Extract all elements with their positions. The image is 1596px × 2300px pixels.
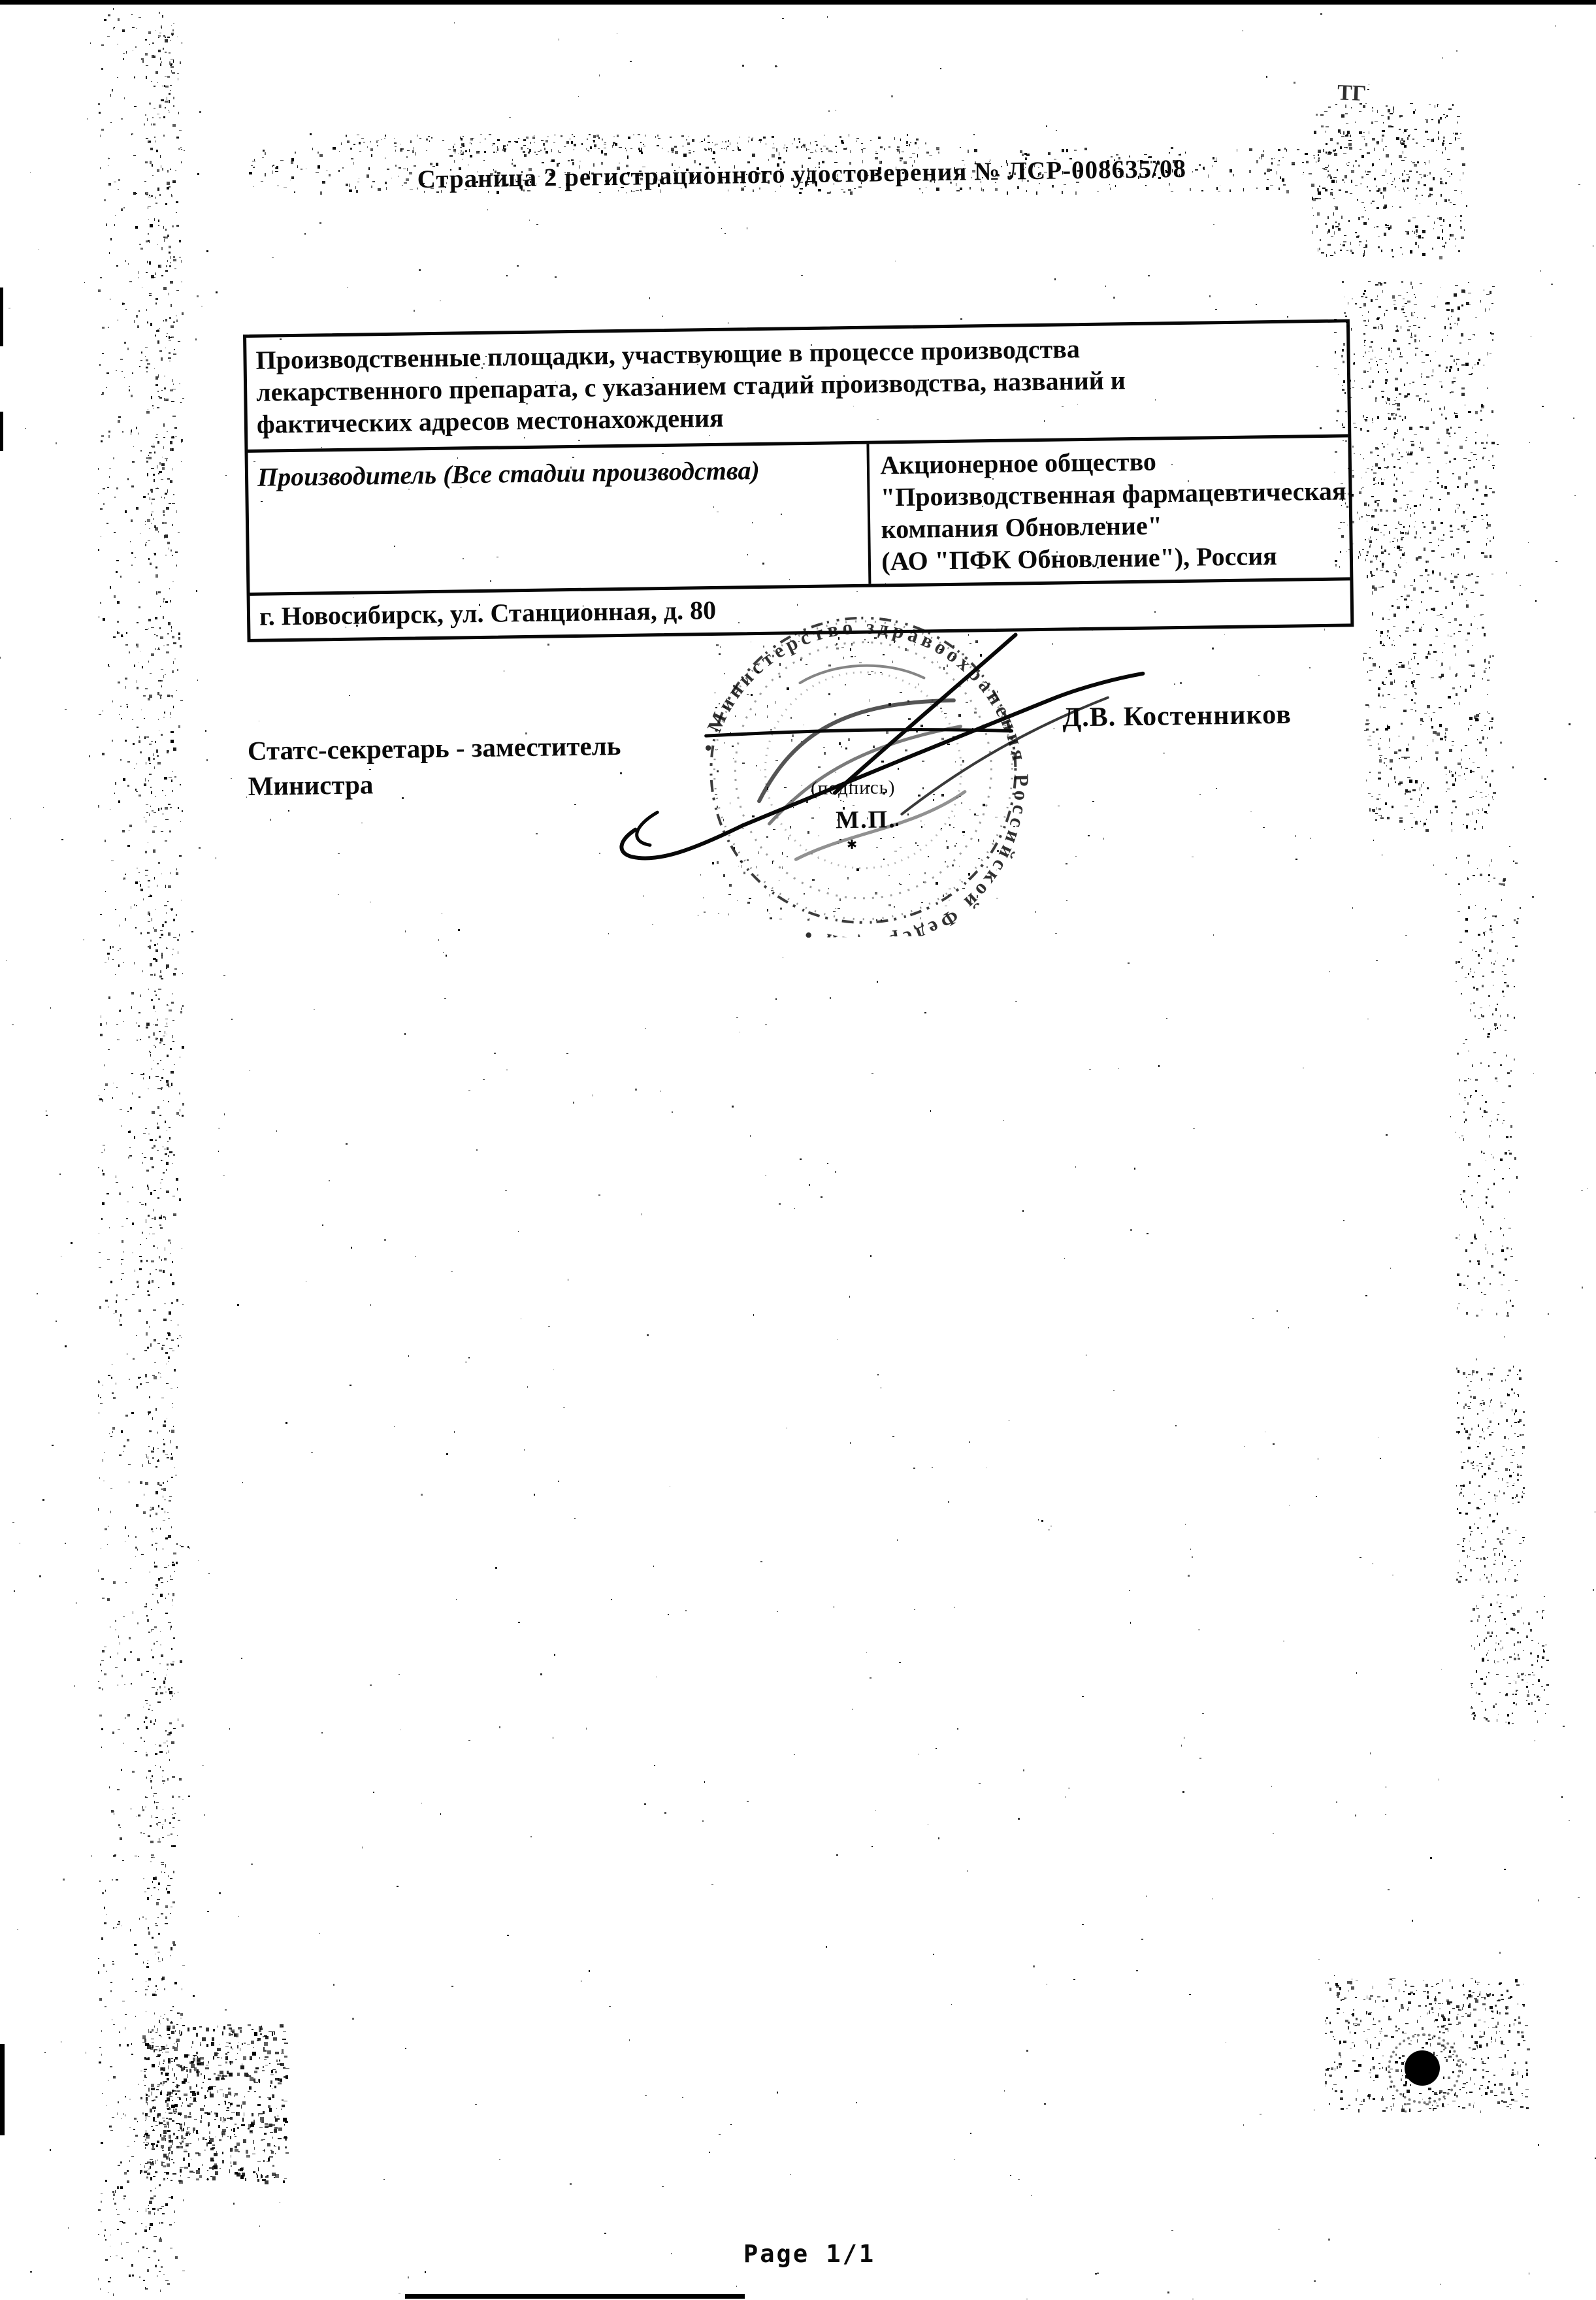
producer-value-cell: Акционерное общество "Производственная ф… (870, 437, 1350, 583)
page-footer: Page 1/1 (743, 2240, 875, 2268)
signature-diagonal (833, 635, 1018, 793)
production-sites-table: Производственные площадки, участвующие в… (243, 319, 1354, 642)
signature-flourish (619, 674, 1145, 859)
document-content: Страница 2 регистрационного удостоверени… (0, 0, 1596, 2300)
scan-edge-bar-bottom (405, 2294, 745, 2299)
signatory-title: Статс-секретарь - заместитель Министра (248, 728, 622, 804)
producer-value-line: "Производственная фармацевтическая (881, 474, 1346, 513)
table-header-cell: Производственные площадки, участвующие в… (246, 322, 1348, 452)
ink-blot-ring (1388, 2033, 1461, 2104)
page-title: Страница 2 регистрационного удостоверени… (417, 154, 1186, 194)
scanned-certificate-page: Страница 2 регистрационного удостоверени… (0, 0, 1596, 2300)
scan-pen-mark: ТГ (1337, 80, 1367, 107)
signature-diagonal-2 (900, 698, 1109, 814)
producer-label-cell: Производитель (Все стадии производства) (248, 444, 871, 593)
signature-hook (636, 812, 658, 845)
table-row: Производитель (Все стадии производства) … (248, 437, 1350, 595)
scan-edge-bar-left (0, 412, 3, 451)
producer-value-line: (АО "ПФК Обновление"), Россия (881, 538, 1347, 577)
scan-edge-bar-left (0, 2044, 5, 2135)
signatory-title-line: Статс-секретарь - заместитель (248, 728, 621, 768)
signatory-title-line: Министра (248, 763, 621, 804)
scan-edge-bar-left (0, 287, 3, 346)
signature-stroke (592, 595, 1184, 910)
scan-edge-bar-top (0, 0, 1596, 5)
